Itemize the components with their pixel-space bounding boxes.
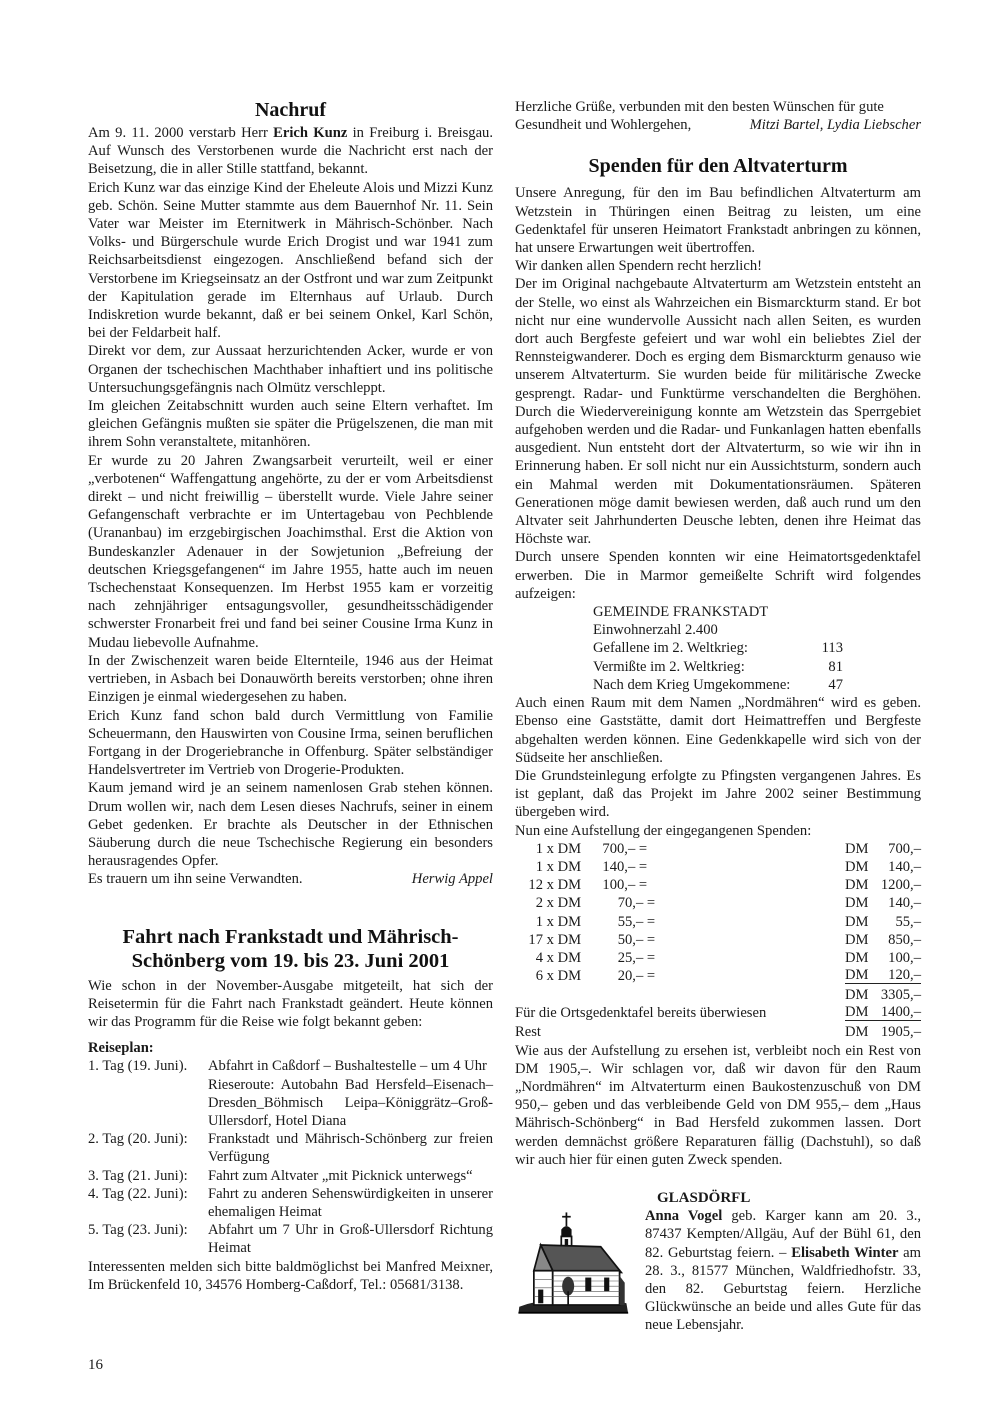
plan-day: 1. Tag (19. Juni). <box>88 1057 208 1075</box>
plan-row: 4. Tag (22. Juni):Fahrt zu anderen Sehen… <box>88 1185 493 1221</box>
tafel-row: Vermißte im 2. Weltkrieg:81 <box>593 658 921 676</box>
tafel-row: Gefallene im 2. Weltkrieg:113 <box>593 639 921 657</box>
donation-table: 1 x DM700,– =DM700,– 1 x DM140,– =DM140,… <box>515 840 921 1042</box>
tafel-line-2: Einwohnerzahl 2.400 <box>593 621 921 639</box>
sum-total: 3305,– <box>881 986 921 1004</box>
donation-sum-row: DM3305,– <box>515 986 921 1004</box>
plan-desc: Fahrt zum Altvater „mit Picknick unterwe… <box>208 1167 493 1185</box>
greeting-line-2: Gesundheit und Wohlergehen, <box>515 116 691 134</box>
donation-count: 1 <box>515 913 543 931</box>
donation-count: 12 <box>515 876 543 894</box>
donation-unit: x DM <box>547 840 581 858</box>
donation-count: 2 <box>515 894 543 912</box>
donation-row: 6 x DM20,– =DM120,– <box>515 967 921 986</box>
transferred-label: Für die Ortsgedenktafel bereits überwies… <box>515 1004 766 1023</box>
donation-count: 6 <box>515 967 543 986</box>
spenden-paragraph-7: Wie aus der Aufstellung zu ersehen ist, … <box>515 1042 921 1169</box>
plan-row: 5. Tag (23. Juni):Abfahrt um 7 Uhr in Gr… <box>88 1221 493 1257</box>
glasdoerfl-section: GLASDÖRFL Anna Vogel geb. Karger kann am… <box>515 1189 921 1335</box>
left-column: Nachruf Am 9. 11. 2000 verstarb Herr Eri… <box>88 98 493 1294</box>
donation-unit: x DM <box>547 858 581 876</box>
donation-total: 850,– <box>888 931 921 949</box>
donation-total: 100,– <box>888 949 921 967</box>
spenden-paragraph-1: Unsere Anregung, für den im Bau befindli… <box>515 184 921 257</box>
plan-row: 3. Tag (21. Juni):Fahrt zum Altvater „mi… <box>88 1167 493 1185</box>
plan-row: 1. Tag (19. Juni).Abfahrt in Caßdorf – B… <box>88 1057 493 1075</box>
donation-count: 17 <box>515 931 543 949</box>
donation-currency: DM <box>845 858 869 876</box>
spenden-paragraph-2: Wir danken allen Spendern recht herzlich… <box>515 257 921 275</box>
nachruf-closing: Es trauern um ihn seine Verwandten. <box>88 870 303 888</box>
nachruf-closing-row: Es trauern um ihn seine Verwandten. Herw… <box>88 870 493 888</box>
tafel-value: 113 <box>793 639 843 657</box>
donation-unit: x DM <box>547 967 581 986</box>
donation-unit: x DM <box>547 876 581 894</box>
donation-currency: DM <box>845 949 869 967</box>
plan-day: 2. Tag (20. Juni): <box>88 1130 208 1166</box>
donation-row: 1 x DM140,– =DM140,– <box>515 858 921 876</box>
spenden-paragraph-6: Die Grundsteinlegung erfolgte zu Pfingst… <box>515 767 921 822</box>
donation-currency: DM <box>845 876 869 894</box>
tafel-line-1: GEMEINDE FRANKSTADT <box>593 603 921 621</box>
fahrt-contact: Interessenten melden sich bitte baldmögl… <box>88 1258 493 1294</box>
transferred-currency: DM <box>845 1004 869 1020</box>
donation-row: 1 x DM55,– =DM55,– <box>515 913 921 931</box>
greeting-signature: Mitzi Bartel, Lydia Liebscher <box>750 116 921 134</box>
fahrt-heading-line-2: Schönberg vom 19. bis 23. Juni 2001 <box>132 950 450 972</box>
fahrt-intro: Wie schon in der November-Ausgabe mitget… <box>88 977 493 1032</box>
donation-total: 140,– <box>888 894 921 912</box>
donation-amount: 25,– = <box>595 949 655 967</box>
spenden-paragraph-4: Durch unsere Spenden konnten wir eine He… <box>515 548 921 603</box>
donation-amount: 20,– = <box>595 967 655 986</box>
greeting-line-1: Herzliche Grüße, verbunden mit den beste… <box>515 98 921 116</box>
nachruf-heading: Nachruf <box>88 98 493 122</box>
reiseplan-list: 1. Tag (19. Juni).Abfahrt in Caßdorf – B… <box>88 1057 493 1257</box>
tafel-label: Vermißte im 2. Weltkrieg: <box>593 658 793 676</box>
page-number: 16 <box>88 1356 103 1374</box>
transferred-total: 1400,– <box>881 1004 921 1020</box>
gedenktafel-inscription: GEMEINDE FRANKSTADT Einwohnerzahl 2.400 … <box>593 603 921 694</box>
nachruf-paragraph-8: Kaum jemand wird je an seinem namenlosen… <box>88 779 493 870</box>
plan-row: Rieseroute: Autobahn Bad Hersfeld–Eisena… <box>88 1076 493 1131</box>
donation-currency: DM <box>845 913 869 931</box>
plan-desc: Rieseroute: Autobahn Bad Hersfeld–Eisena… <box>208 1076 493 1131</box>
donation-count: 1 <box>515 858 543 876</box>
plan-day: 3. Tag (21. Juni): <box>88 1167 208 1185</box>
right-column: Herzliche Grüße, verbunden mit den beste… <box>515 98 921 1335</box>
rest-currency: DM <box>845 1023 869 1041</box>
glasdoerfl-text: GLASDÖRFL Anna Vogel geb. Karger kann am… <box>645 1189 921 1335</box>
donation-amount: 70,– = <box>595 894 655 912</box>
donation-amount: 50,– = <box>595 931 655 949</box>
donation-currency: DM <box>845 840 869 858</box>
donation-row: 2 x DM70,– =DM140,– <box>515 894 921 912</box>
plan-day: 5. Tag (23. Juni): <box>88 1221 208 1257</box>
donation-total: 120,– <box>888 967 921 983</box>
donation-row: 17 x DM50,– =DM850,– <box>515 931 921 949</box>
donation-currency: DM <box>845 894 869 912</box>
glasdoerfl-heading: GLASDÖRFL <box>657 1189 921 1207</box>
plan-day <box>88 1076 208 1131</box>
plan-row: 2. Tag (20. Juni):Frankstadt und Mährisc… <box>88 1130 493 1166</box>
glasdoerfl-paragraph: Anna Vogel geb. Karger kann am 20. 3., 8… <box>645 1207 921 1334</box>
spenden-paragraph-3: Der im Original nachgebaute Altvaterturm… <box>515 275 921 548</box>
birthday-name-1: Anna Vogel <box>645 1208 722 1224</box>
spenden-heading: Spenden für den Altvaterturm <box>515 154 921 178</box>
tafel-label: Gefallene im 2. Weltkrieg: <box>593 639 793 657</box>
spenden-paragraph-5: Auch einen Raum mit dem Namen „Nordmähre… <box>515 694 921 767</box>
donation-amount: 700,– = <box>587 840 647 858</box>
birthday-name-2: Elisabeth Winter <box>791 1245 898 1261</box>
text: Am 9. 11. 2000 verstarb Herr <box>88 125 273 141</box>
rest-total: 1905,– <box>881 1023 921 1041</box>
nachruf-paragraph-4: Im gleichen Zeitabschnitt wurden auch se… <box>88 397 493 452</box>
donation-transferred-row: Für die Ortsgedenktafel bereits überwies… <box>515 1004 921 1023</box>
donation-row: 12 x DM100,– =DM1200,– <box>515 876 921 894</box>
tafel-row: Nach dem Krieg Umgekommene:47 <box>593 676 921 694</box>
deceased-name: Erich Kunz <box>273 125 347 141</box>
donation-count: 4 <box>515 949 543 967</box>
donation-amount: 140,– = <box>587 858 647 876</box>
donation-amount: 55,– = <box>595 913 655 931</box>
donation-total: 700,– <box>888 840 921 858</box>
reiseplan-label: Reiseplan: <box>88 1039 493 1057</box>
donation-row: 1 x DM700,– =DM700,– <box>515 840 921 858</box>
donation-currency: DM <box>845 931 869 949</box>
nachruf-paragraph-7: Erich Kunz fand schon bald durch Vermitt… <box>88 707 493 780</box>
donation-total: 1200,– <box>881 876 921 894</box>
donation-count: 1 <box>515 840 543 858</box>
donation-unit: x DM <box>547 931 581 949</box>
sum-currency: DM <box>845 986 869 1004</box>
chapel-illustration-icon <box>515 1197 635 1317</box>
tafel-value: 47 <box>793 676 843 694</box>
tafel-value: 81 <box>793 658 843 676</box>
greeting-signature-row: Gesundheit und Wohlergehen, Mitzi Bartel… <box>515 116 921 134</box>
nachruf-author: Herwig Appel <box>412 870 493 888</box>
plan-desc: Frankstadt und Mährisch-Schönberg zur fr… <box>208 1130 493 1166</box>
donation-rest-row: RestDM1905,– <box>515 1023 921 1041</box>
donation-currency: DM <box>845 967 869 983</box>
nachruf-paragraph-3: Direkt vor dem, zur Aussaat herzurichten… <box>88 342 493 397</box>
rest-label: Rest <box>515 1023 541 1041</box>
nachruf-paragraph-6: In der Zwischenzeit waren beide Elternte… <box>88 652 493 707</box>
donation-amount: 100,– = <box>587 876 647 894</box>
donation-row: 4 x DM25,– =DM100,– <box>515 949 921 967</box>
donation-list-intro: Nun eine Aufstellung der eingegangenen S… <box>515 822 921 840</box>
fahrt-heading-line-1: Fahrt nach Frankstadt und Mährisch- <box>122 926 458 948</box>
donation-unit: x DM <box>547 913 581 931</box>
tafel-label: Nach dem Krieg Umgekommene: <box>593 676 793 694</box>
plan-desc: Abfahrt um 7 Uhr in Groß-Ullersdorf Rich… <box>208 1221 493 1257</box>
donation-unit: x DM <box>547 949 581 967</box>
plan-desc: Abfahrt in Caßdorf – Bushaltestelle – um… <box>208 1057 493 1075</box>
plan-day: 4. Tag (22. Juni): <box>88 1185 208 1221</box>
donation-unit: x DM <box>547 894 581 912</box>
fahrt-heading: Fahrt nach Frankstadt und Mährisch- Schö… <box>88 925 493 973</box>
nachruf-paragraph-1: Am 9. 11. 2000 verstarb Herr Erich Kunz … <box>88 124 493 179</box>
nachruf-paragraph-2: Erich Kunz war das einzige Kind der Ehel… <box>88 179 493 343</box>
nachruf-paragraph-5: Er wurde zu 20 Jahren Zwangsarbeit verur… <box>88 452 493 652</box>
donation-total: 55,– <box>895 913 921 931</box>
plan-desc: Fahrt zu anderen Sehenswürdigkeiten in u… <box>208 1185 493 1221</box>
donation-total: 140,– <box>888 858 921 876</box>
